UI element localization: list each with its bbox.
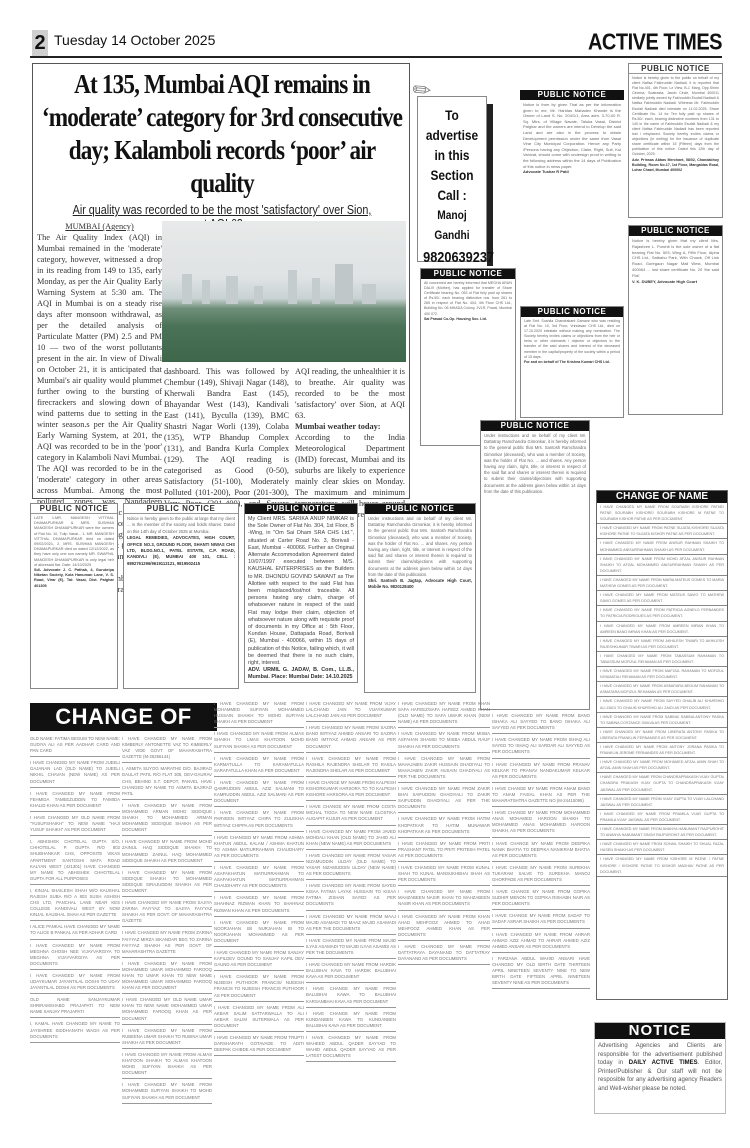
name-change-entry: I HAVE CHANGED MY NAME FROM ALMAS KHATOO… (122, 1051, 212, 1079)
name-change-entry: I HAVE CHANGED MY NAME FROM SOURABH KISH… (597, 503, 727, 524)
name-change-entry: I HAVE CHANGED MY NAME FROM KARMATULLA T… (214, 755, 304, 777)
change-of-name-column-4: I HAVE CHANGED MY NAME FROM VIJAY LALCHA… (306, 700, 396, 1064)
name-change-entry: I HAVE CHANGED MY NAME FROM MOHAMMED SUF… (214, 700, 304, 728)
change-of-name-column-6: I HAVE CHANGED MY NAME FROM BANO ISHAKA … (492, 712, 590, 991)
name-change-entry: I HAVE CHANGED MY NAME FROM HARDIK BALUB… (306, 961, 396, 983)
name-change-entry: I HAVE CHANGED MY NAME FROM PATRICIA AGN… (597, 606, 727, 621)
name-change-entry: I HAVE CHANGED MY NAME FROM BANO ISHAKA … (492, 712, 590, 734)
advert-contact-name: Manoj Gandhi (423, 205, 481, 245)
name-change-entry: I HAVE CHANGE MY NAME FROM SADAF TO SADA… (492, 912, 590, 928)
name-change-entry: I HAVE CHANGED MY NAME FROM RASHILA RAJE… (306, 755, 396, 777)
name-change-entry: I, KAMAL HAVE CHANGED MY NAME TO JAYSHRE… (30, 1020, 120, 1042)
name-change-entry: I HAVE CHANGED MY NAME FROM KIMBERLY ANT… (122, 735, 212, 763)
name-change-entry: I HAVE CHANGED MY NAME FROM DATTATRAYA D… (398, 943, 490, 965)
disclaimer-title: NOTICE (595, 1023, 725, 1039)
name-change-entry: I HAVE CHANGED MY NAME FROM MAAJ MAJID A… (306, 913, 396, 935)
notice-body: Notice is hereby given to the public at … (124, 514, 238, 569)
name-change-entry: I HAVE CHANGED MY NAME FROM LIBERATA ANT… (597, 728, 727, 743)
name-change-entry: I, KINJAL SHAILESH SHAH W/O KAUSHAL RAJE… (30, 887, 120, 921)
change-of-name-column-3: I HAVE CHANGED MY NAME FROM MOHAMMED SUF… (214, 700, 304, 1058)
name-change-entry: I HAVE CHANGED MY NAME FROM SANJAY KAPIL… (214, 949, 304, 971)
public-notice-dattatray: PUBLIC NOTICE Under instructions and on … (364, 503, 476, 693)
name-change-entry: I HAVE CHANGED MY NAME FROM JUEELI GAJAN… (30, 759, 120, 787)
name-change-entry: I HAVE CHANGED MY NAME FROM ALMAS SHAIKH… (214, 730, 304, 752)
name-change-entry: I HAVE CHANGED MY NAME FROM MAHAJABIN ZA… (398, 755, 490, 783)
notice-title: PUBLIC NOTICE (245, 504, 357, 514)
name-change-entry: I HAVE CHANGED MY NAME FROM ANISUR RAHMA… (597, 539, 727, 554)
name-change-entry: I HAVE CHANGED MY NAME FROM MARIA MATEUS… (597, 576, 727, 591)
notice-body: Notice is hereby given to the public on … (629, 74, 722, 175)
name-change-entry: I HAVE CHANGED MY NAME FROM PRITI PRASHA… (398, 840, 490, 862)
name-change-entry: I HAVE CHANGED MY NAME FROM AMREEN IMRAN… (597, 622, 727, 637)
public-notice-society: PUBLIC NOTICE Late Smt. Sushila Chandrak… (520, 306, 624, 418)
name-change-entry: I HAVE CHANGED MY NAME FROM MEGHNA GHOSH… (30, 942, 120, 970)
change-of-name-column-2: I HAVE CHANGED MY NAME FROM KIMBERLY ANT… (122, 735, 212, 1106)
name-change-entry: I HAVE CHANGED MY OLD NAME UMAR KHAN TO … (122, 996, 212, 1024)
name-change-entry: I HAVE CHANGED MY NAME FROM FEHMIDA TAME… (30, 790, 120, 812)
name-change-entry: I HAVE CHANGED MY NAME FROM MAJID ILYAS … (306, 937, 396, 959)
name-change-entry: I HAVE CHANGE MY NAME FROM BALUBHAI KAWA… (306, 985, 396, 1007)
name-change-entry: I HAVE CHANGED MY NAME FROM MOHAMMED SUF… (122, 1081, 212, 1103)
name-change-entry: I ALICE PANKAL HAVE CHANGED MY NAME TO A… (30, 923, 120, 939)
name-change-entry: I HAVE CHANGED MY NAME FROM VIJAY LALCHA… (306, 700, 396, 722)
name-change-entry: I HAVE CHANGED MY NAME FROM KHAN AHAD ME… (398, 913, 490, 941)
name-change-entry: I HAVE CHANGED MY OLD NAME FROM "YUSUFSH… (30, 814, 120, 836)
page-number: 2 (32, 30, 48, 56)
name-change-entry: I HAVE CHANGED MY NAME FROM TABASSUM RAH… (597, 652, 727, 667)
name-change-entry: OLD NAME: FATIMA BEGUM TO NEW NAME: GUDI… (30, 735, 120, 757)
name-change-entry: I HAVE CHANGE MY NAME FROM KUNDANBEN KAW… (306, 1010, 396, 1032)
name-change-entry: I HAVE CHANGED MY NAME FROM MAFIJUL RAHA… (597, 667, 727, 682)
name-change-entry: I HAVE CHANGED MY NAME FROM MOHAMMED UMA… (122, 960, 212, 994)
public-notice-dhamapurkar: PUBLIC NOTICE LATE 1.MR. MANGESH VITTHAL… (30, 503, 118, 689)
notice-body: LATE 1.MR. MANGESH VITTHAL DHAMAPURKAR &… (31, 514, 117, 591)
name-change-entry: I HAVE CHANGED MY NAME FROM MATEUS SAVIO… (597, 591, 727, 606)
notice-title: PUBLIC NOTICE (31, 504, 117, 514)
notice-title: PUBLIC NOTICE (124, 504, 238, 514)
advert-line: To (423, 105, 481, 125)
public-notice-agreement: PUBLIC NOTICE Under instructions and on … (480, 420, 590, 710)
name-change-entry: I HAVE CHANGED MY NAME FROM AKHILESH TIW… (597, 637, 727, 652)
name-change-entry: I HAVE CHANGE MY NAME FROM SUREKHA TUKAR… (492, 864, 590, 886)
name-change-entry: I FARZANA ABDUL WAHID ANSARI HAVE CHANGE… (492, 955, 590, 989)
notice-body: Notice is from by given That as per the … (520, 100, 624, 177)
name-change-entry: OLD NAME SANJAYKUMAR SHRIRAMSHABD PRAJAP… (30, 996, 120, 1018)
name-change-entry: I HAVE CHANGED MY NAME FROM PRANAV KELKA… (492, 761, 590, 783)
name-change-entry: I HAVE CHANGED MY NAME FROM MISBA ASFAHA… (398, 730, 490, 752)
notice-title: PUBLIC NOTICE (421, 269, 515, 279)
notice-title: PUBLIC NOTICE (520, 90, 624, 100)
name-change-entry: I HAVE CHANGED MY NAME FROM SAZIRA BANO … (306, 724, 396, 752)
name-change-entry: I HAVE CHANGED MY NAME FROM AHRAR AHMAD … (492, 931, 590, 953)
public-notice-shares: PUBLIC NOTICE Notice is hereby given to … (628, 63, 723, 218)
name-change-entry: I HAVE CHANGED MY NAME FROM MOHAMED AFZA… (597, 758, 727, 773)
name-change-entry: I, ABHISHEK CHOTELAL GUPTA S/O, CHHOTELA… (30, 838, 120, 885)
public-notice-flat: PUBLIC NOTICE Notice is hereby given tha… (628, 225, 723, 415)
name-change-entry: I HAVE CHANGED MY NAME FROM ASAFAKHATUN … (214, 864, 304, 892)
advert-shadow (487, 104, 493, 266)
name-change-entry: I HAVE CHANGED MY NAME FROM WAHEED ABDUL… (306, 1034, 396, 1062)
notice-body: Notice is hereby given that my client Mr… (629, 236, 722, 286)
name-change-entry: I HAVE CHANGED MY NAME FROM NOORJAHAN B/… (214, 919, 304, 947)
name-change-entry: I HAVE CHANGED MY NAME FROM ANANYA HANUM… (597, 825, 727, 840)
newspaper-brand: ACTIVE TIMES (588, 30, 722, 56)
name-change-entry: I HAVE CHANGED MY NAME FROM SIDDIQUE SHA… (122, 869, 212, 897)
name-change-entry: I HAVE CHANGED MY NAME FROM SHAHNAZ RIZW… (214, 894, 304, 916)
name-change-entry: I HAVE CHANGED MY NAME FROM TRUPTI DARSH… (214, 1034, 304, 1056)
name-change-entry: I HAVE CHANGED MY NAME FROM QAMRUDDIN AB… (214, 779, 304, 807)
name-change-entry: I HAVE CHANGED MY NAME FROM ASMATARA BEG… (597, 682, 727, 697)
name-change-entry: I HAVE CHANGED MY NAME FROM SABINA/ SABI… (597, 713, 727, 728)
name-change-entry: I HAVE CHANGED MY NAME FROM MOHD ZAINUL … (122, 838, 212, 866)
name-change-entry: I HAVE CHANGED MY NAME FROM SAYED KISAA … (306, 882, 396, 910)
name-change-entry: I HAVE CHANGED MY NAME FROM KUNAL SHAH T… (398, 864, 490, 886)
notice-body: My Client MRS. SARIKA ANUP NIMKAR is the… (245, 514, 357, 683)
name-change-entry: I HAVE CHANGED MY NAME FROM HATIM KHOPAT… (398, 815, 490, 837)
notice-title: PUBLIC NOTICE (521, 307, 623, 317)
name-change-entry: I HAVE CHANGE MY NAME FROM KALPESH KISHO… (306, 779, 396, 801)
name-change-entry: I HAVE CHANGED MY NAME FROM CHANDRAPRAKA… (597, 773, 727, 794)
name-change-entry: I HAVE CHANGED MY NAME FROM RUBEENA UMAR… (122, 1027, 212, 1049)
story-column-2: dashboard. This was followed by Chembur … (164, 366, 289, 520)
name-change-entry: I HAVE CHANGED MY NAME FROM MOHD AFZAL A… (597, 555, 727, 576)
name-change-entry: I HAVE CHANGED MY NAME FROM SOHAIL SHAIK… (597, 840, 727, 855)
skyline-photo (162, 221, 406, 362)
name-change-entry: I HAVE CHANGE MY NAME FROM MOHAMMED ANAS… (492, 809, 590, 837)
notice-body: Under instructions and on behalf of my c… (365, 514, 475, 592)
name-change-entry: I HAVE CHANGE MY NAME FROM COSTA MICHAL … (306, 803, 396, 825)
name-change-entry: I HAVE CHANGED MY NAME FROM JAVED MOHDAL… (306, 828, 396, 850)
name-change-entry: I HAVE CHANGED MY NAME FROM SAJIYA ZARIN… (122, 899, 212, 927)
name-change-entry: I HAVE CHANGED MY NAME FROM MOHAMMED ARM… (122, 802, 212, 836)
name-change-entry: I HAVE CHANGED MY NAME FROM VIJAY GUPTA … (597, 795, 727, 810)
name-change-entry: I HAVE CHANGED MY NAME FROM ASHMA KHATUN… (214, 834, 304, 862)
advert-line: Call : (423, 185, 481, 205)
name-change-entry: I HAVE CHANGED MY NAME FROM KISHORE M PA… (597, 855, 727, 876)
name-change-entry: I HAVE CHANGE MY NAME FROM GOPIKA SUDHIR… (492, 888, 590, 910)
issue-date: Tuesday 14 October 2025 (54, 32, 215, 48)
public-notice-sarika: PUBLIC NOTICE My Client MRS. SARIKA ANUP… (244, 503, 358, 683)
advert-line: in this (423, 145, 481, 165)
story-text-3: AQI reading, the unhealthier it is to br… (295, 367, 405, 420)
advert-line: advertise (423, 125, 481, 145)
advertise-box: To advertise in this Section Call : Mano… (417, 96, 487, 262)
story-dateline: MUMBAI (Agency) (37, 221, 162, 232)
notice-body: Late Smt. Sushila Chandrakant Gamare who… (521, 317, 623, 367)
name-change-entry: I HAVE CHANGE MY NAME FROM DEEPIKA NANIK… (492, 840, 590, 862)
change-of-name-box-right: CHANGE OF NAME I HAVE CHANGED MY NAME FR… (596, 490, 728, 1000)
change-of-name-banner: CHANGE OF NAME (30, 703, 217, 731)
notice-title: PUBLIC NOTICE (629, 226, 722, 236)
name-change-entry: I HAVE CHANGED MY NAME FROM PARVEEN IMTI… (214, 809, 304, 831)
publication-name: DAILY ACTIVE TIMES (629, 1060, 698, 1066)
public-notice-land: PUBLIC NOTICE Notice is from by given Th… (520, 90, 624, 305)
name-change-entry: I HAVE CHANGED MY NAME FROM YASAR NIZAMU… (306, 852, 396, 880)
masthead-divider (30, 56, 722, 58)
name-change-entry: I HAVE CHANGED MY NAME FROM SAYYED GHALI… (597, 697, 727, 712)
disclaimer-body: Advertising Agencies and Clients are res… (595, 1039, 725, 1096)
name-change-entry: I HAVE CHANGED MY NAME FROM ZAKIR BHAI S… (398, 785, 490, 813)
name-change-entry: I HAVE CHANGED MY NAME FROM MAHZABEEN NA… (398, 888, 490, 910)
name-change-entry: I HAVE CHANGED MY NAME FROM ISHAQ ALI SA… (492, 736, 590, 758)
change-of-name-banner-right: CHANGE OF NAME (597, 491, 727, 503)
name-change-entry: I HAVE CHANGED MY NAME FROM PRAMILA VIJA… (597, 810, 727, 825)
notice-title: PUBLIC NOTICE (481, 421, 589, 431)
advert-phone: 9820639237 (423, 249, 481, 267)
notice-title: PUBLIC NOTICE (365, 504, 475, 514)
weather-heading: Mumbai weather today: (295, 421, 405, 432)
change-of-name-column-5: I HAVE CHANGED MY NAME FROM KHAN SAFA HA… (398, 700, 490, 967)
name-change-entry: I HAVE CHANGE MY NAME FROM ANAM BANO TO … (492, 785, 590, 807)
masthead: 2 Tuesday 14 October 2025 ACTIVE TIMES (30, 28, 722, 58)
name-change-entry: I HAVE CHANGED MY NAME FROM ZARINA FAIYY… (122, 929, 212, 957)
name-change-entry: I, ASMITA SUYOG MARATHE D/O. BAJIRAO DAU… (122, 765, 212, 799)
name-change-entry: I HAVE CHANGED MY NAME FROM KHAN SAFA HA… (398, 700, 490, 728)
advertising-disclaimer: NOTICE Advertising Agencies and Clients … (594, 1022, 726, 1114)
name-change-entry: I HAVE CHANGED MY NAME FROM PATNE SUJATA… (597, 524, 727, 539)
name-change-entry: I HAVE CHANGED MY NAME FROM ALI AKBAR SA… (214, 1004, 304, 1032)
notice-body: Under instructions and on behalf of my c… (481, 431, 589, 497)
name-change-entry: I HAVE CHANGED MY NAME FROM UDAYKUMAR JA… (30, 972, 120, 994)
advert-line: Section (423, 165, 481, 185)
name-change-entry: I HAVE CHANGED MY NAME FROM NIJEESH PUTH… (214, 973, 304, 1001)
story-headline: At 135, Mumbai AQI remains in ‘moderate’… (41, 68, 403, 200)
change-of-name-column-1: OLD NAME: FATIMA BEGUM TO NEW NAME: GUDI… (30, 735, 120, 1045)
name-change-entry: I HAVE CHANGED MY NAME FROM ANTONY JORAN… (597, 743, 727, 758)
public-notice-legal: PUBLIC NOTICE Notice is hereby given to … (123, 503, 239, 689)
lead-story: At 135, Mumbai AQI remains in ‘moderate’… (32, 63, 410, 499)
notice-body: All concerned are hereby informed that M… (421, 279, 515, 324)
notice-title: PUBLIC NOTICE (629, 64, 722, 74)
